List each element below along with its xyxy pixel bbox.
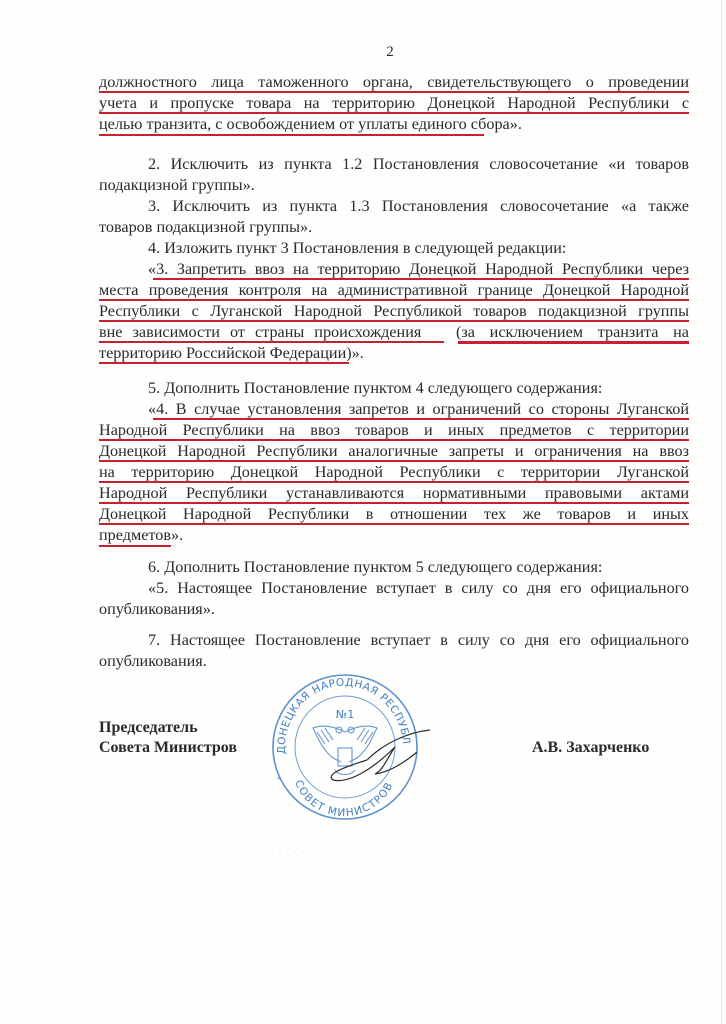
svg-text:*: * [277,775,281,784]
text-line: «4. В случае установления запретов и огр… [148,399,689,419]
page-fold-shadow [721,0,722,1024]
page-number: 2 [0,44,726,61]
document-page: 2 должностного лица таможенного органа, … [0,0,726,1024]
text-line: Донецкой Народной Республики в отношении… [99,504,689,524]
faint-bleedthrough-text: · · · · · [270,848,306,859]
text-line: вне зависимости от страны происхождения [99,322,421,342]
svg-text:ДОНЕЦКАЯ НАРОДНАЯ РЕСПУБЛИКА: ДОНЕЦКАЯ НАРОДНАЯ РЕСПУБЛИКА [255,672,412,754]
text-line: учета и пропуске товара на территорию До… [99,93,689,113]
text-line: 7. Настоящее Постановление вступает в си… [148,630,689,650]
text-line: должностного лица таможенного органа, св… [99,72,689,92]
text-line: на территорию Донецкой Народной Республи… [99,462,689,482]
text-line: Народной Республики на ввоз товаров и ин… [99,420,689,440]
text-line: 4. Изложить пункт 3 Постановления в след… [148,238,689,258]
text-line: 2. Исключить из пункта 1.2 Постановления… [148,154,689,174]
red-underline [99,362,349,364]
text-line: места проведения контроля на администрат… [99,280,689,300]
text-line: целью транзита, с освобождением от уплат… [99,114,689,134]
text-line: товаров подакцизной группы». [99,217,689,237]
text-line: Республики с Луганской Народной Республи… [99,301,689,321]
signatory-title: Председатель Совета Министров [99,718,237,758]
official-stamp-icon: ДОНЕЦКАЯ НАРОДНАЯ РЕСПУБЛИКА СОВЕТ МИНИС… [255,672,430,822]
text-line: Народной Республики устанавливаются норм… [99,483,689,503]
red-underline [99,545,171,547]
text-line: опубликования. [99,651,689,671]
text-line: (за исключением транзита на [456,322,689,342]
svg-text:№1: №1 [336,708,354,721]
text-line: 3. Исключить из пункта 1.3 Постановления… [148,196,689,216]
svg-text:СОВЕТ МИНИСТРОВ: СОВЕТ МИНИСТРОВ [292,778,396,819]
text-line: 6. Дополнить Постановление пунктом 5 сле… [148,557,689,577]
text-line: предметов». [99,525,689,545]
text-line: «5. Настоящее Постановление вступает в с… [148,578,689,598]
signatory-title-line1: Председатель [99,718,237,738]
text-line: «3. Запретить ввоз на территорию Донецко… [148,259,689,279]
text-line: подакцизной группы». [99,175,689,195]
text-line: Донецкой Народной Республики аналогичные… [99,441,689,461]
text-line: опубликования». [99,599,689,619]
red-underline [99,134,484,136]
signatory-title-line2: Совета Министров [99,738,237,758]
text-line: территорию Российской Федерации)». [99,343,689,363]
signatory-name: А.В. Захарченко [532,738,649,758]
text-line: 5. Дополнить Постановление пунктом 4 сле… [148,378,689,398]
